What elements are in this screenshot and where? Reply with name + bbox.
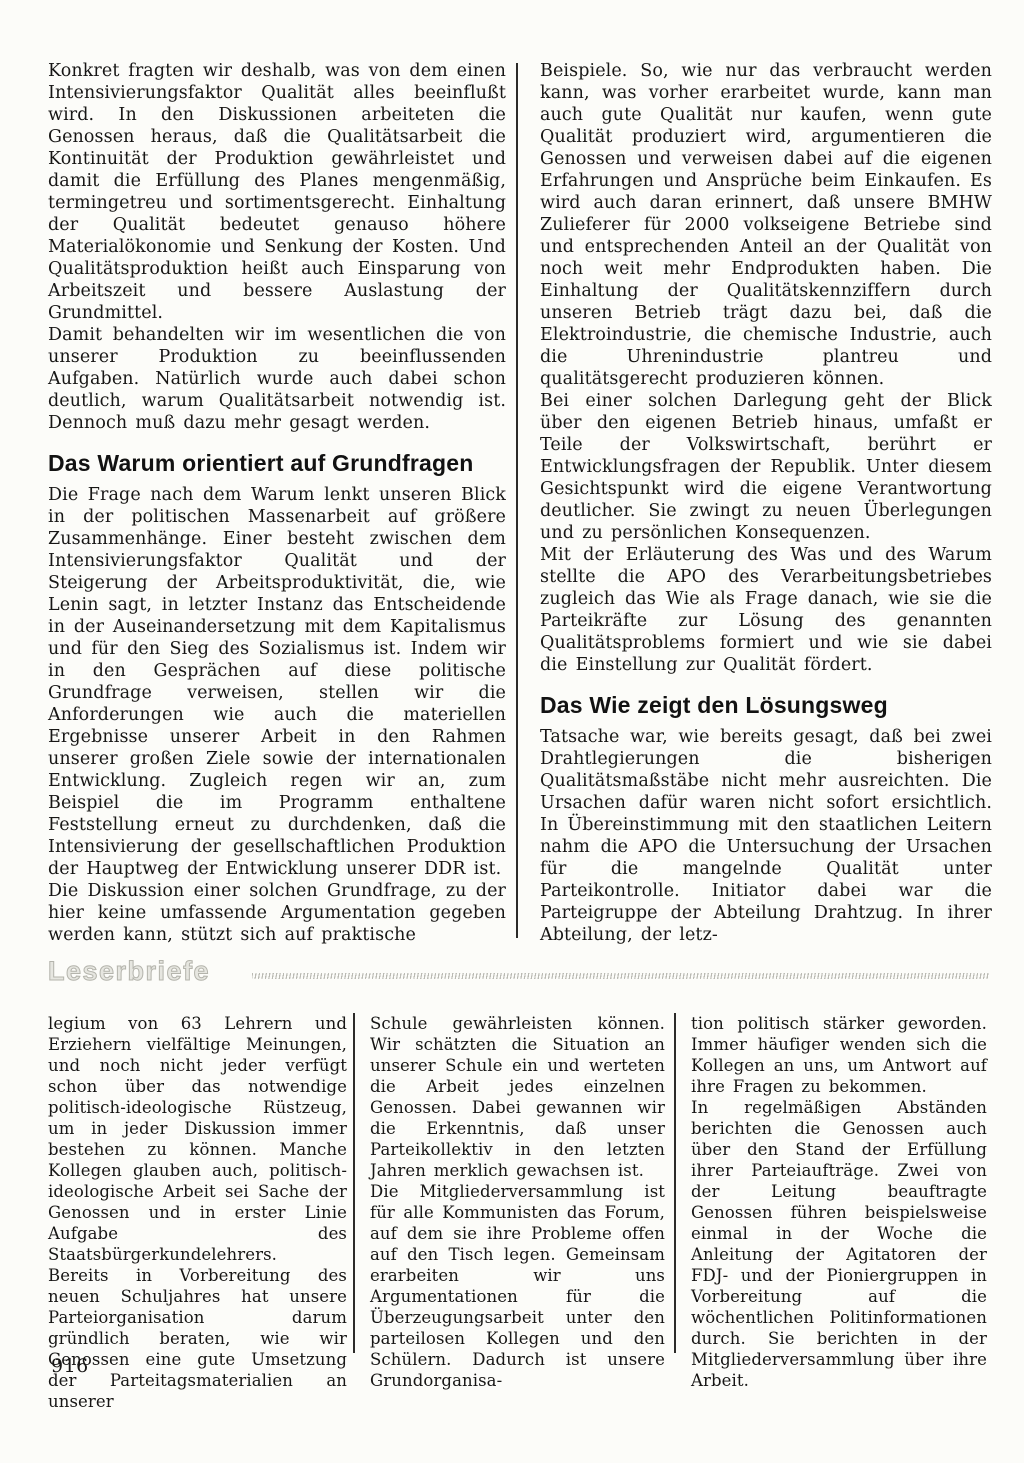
leserbriefe-label: Leserbriefe bbox=[48, 956, 210, 986]
article-paragraph: Mit der Erläuterung des Was und des Waru… bbox=[540, 544, 992, 676]
leserbriefe-column-2: Schule gewährleisten können. Wir schätzt… bbox=[370, 1013, 665, 1391]
article-right-column: Beispiele. So, wie nur das verbraucht we… bbox=[540, 60, 992, 946]
leserbriefe-section-header: Leserbriefe bbox=[48, 956, 992, 996]
article-paragraph: Beispiele. So, wie nur das verbraucht we… bbox=[540, 60, 992, 390]
letter-paragraph: Schule gewährleisten können. Wir schätzt… bbox=[370, 1013, 665, 1181]
page-number: 916 bbox=[51, 1355, 89, 1377]
section-heading-das-warum: Das Warum orientiert auf Grundfragen bbox=[48, 452, 506, 474]
letter-paragraph: Die Mitgliederversammlung ist für alle K… bbox=[370, 1181, 665, 1391]
column-divider-rule bbox=[674, 1013, 676, 1353]
letter-paragraph: tion politisch stärker geworden. Immer h… bbox=[691, 1013, 987, 1097]
article-paragraph: Tatsache war, wie bereits gesagt, daß be… bbox=[540, 726, 992, 946]
article-paragraph: Die Diskussion einer solchen Grundfrage,… bbox=[48, 880, 506, 946]
article-paragraph: Konkret fragten wir deshalb, was von dem… bbox=[48, 60, 506, 324]
letter-paragraph: In regelmäßigen Abständen berichten die … bbox=[691, 1097, 987, 1391]
article-paragraph: Bei einer solchen Darlegung geht der Bli… bbox=[540, 390, 992, 544]
article-left-column: Konkret fragten wir deshalb, was von dem… bbox=[48, 60, 506, 946]
leserbriefe-column-3: tion politisch stärker geworden. Immer h… bbox=[691, 1013, 987, 1391]
letter-paragraph: Bereits in Vorbereitung des neuen Schulj… bbox=[48, 1265, 347, 1412]
leserbriefe-column-1: legium von 63 Lehrern und Erziehern viel… bbox=[48, 1013, 347, 1412]
article-paragraph: Damit behandelten wir im wesentlichen di… bbox=[48, 324, 506, 434]
section-heading-das-wie: Das Wie zeigt den Lösungsweg bbox=[540, 694, 992, 716]
column-divider-rule bbox=[353, 1013, 355, 1353]
letter-paragraph: legium von 63 Lehrern und Erziehern viel… bbox=[48, 1013, 347, 1265]
article-paragraph: Die Frage nach dem Warum lenkt unseren B… bbox=[48, 484, 506, 880]
column-divider-rule bbox=[516, 63, 518, 938]
decorative-squiggle-line bbox=[252, 973, 990, 979]
scanned-journal-page: Konkret fragten wir deshalb, was von dem… bbox=[0, 0, 1024, 1463]
